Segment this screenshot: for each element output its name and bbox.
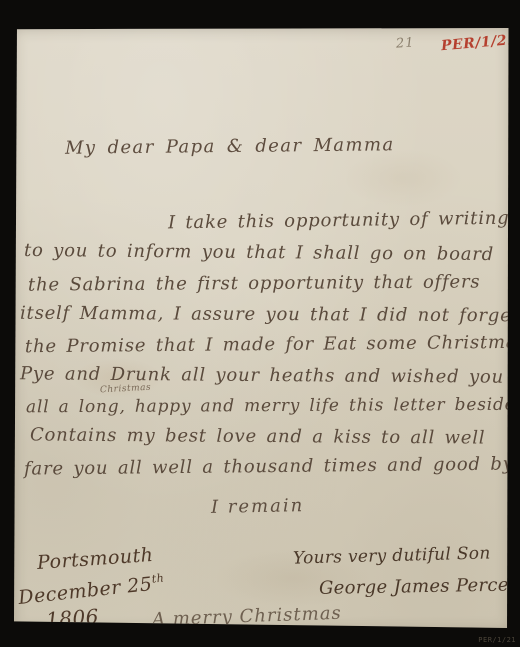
- corner-reference: PER/1/21: [478, 636, 516, 644]
- place-line: Portsmouth: [36, 544, 154, 574]
- body-line: all a long, happy and merry life this le…: [26, 395, 520, 418]
- scan-border: 21 PER/1/21 My dear Papa & dear Mamma I …: [0, 0, 520, 647]
- body-line: the Sabrina the first opportunity that o…: [28, 271, 481, 295]
- date-line: December 25th: [17, 571, 166, 609]
- closing-line: I remain: [211, 495, 305, 518]
- salutation: My dear Papa & dear Mamma: [65, 134, 395, 158]
- body-line: the Promise that I made for Eat some Chr…: [25, 332, 520, 357]
- body-line: to you to inform you that I shall go on …: [24, 240, 494, 265]
- year-line: 1806: [45, 604, 99, 632]
- body-line: Pye and Drunk all your heaths and wished…: [20, 363, 504, 387]
- inserted-word: Christmas: [100, 383, 152, 396]
- archive-reference-red: PER/1/21: [440, 32, 517, 55]
- body-line: Contains my best love and a kiss to all …: [30, 424, 485, 448]
- body-line: I take this opportunity of writing: [168, 208, 510, 234]
- letter-paper: 21 PER/1/21 My dear Papa & dear Mamma I …: [13, 28, 510, 631]
- date-ordinal: th: [151, 571, 165, 585]
- body-line: fare you all well a thousand times and g…: [24, 453, 520, 479]
- date-day: December 25: [17, 573, 153, 609]
- pencil-folio-number: 21: [395, 35, 415, 51]
- signature: George James Perceval: [319, 574, 520, 599]
- paper-stain: [343, 148, 463, 208]
- signoff-line: Yours very dutiful Son: [293, 543, 491, 568]
- body-line: itself Mamma, I assure you that I did no…: [20, 303, 520, 327]
- postscript-line: A merry Christmas: [152, 603, 342, 631]
